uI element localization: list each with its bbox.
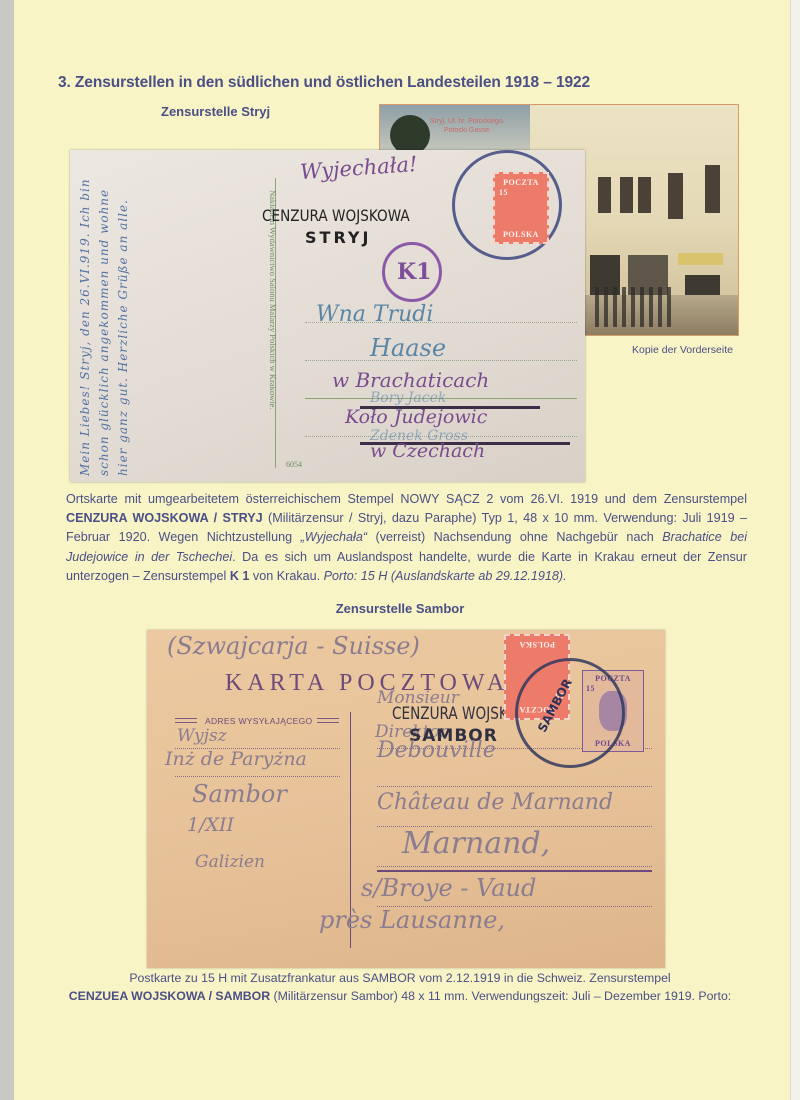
picture-caption-line: Potocki Gasse. bbox=[430, 126, 505, 135]
sender-line-1: Wyjsz bbox=[177, 726, 227, 746]
postcard-sambor: (Szwajcarja - Suisse) KARTA POCZTOWA ADR… bbox=[147, 630, 665, 968]
address-line-1: Wna Trudi bbox=[316, 302, 433, 327]
desc-text: von Krakau. bbox=[249, 569, 323, 583]
shop-sign bbox=[678, 253, 723, 265]
double-rule bbox=[317, 718, 339, 723]
sender-line-4: 1/XII bbox=[187, 814, 234, 836]
card-number: 6054 bbox=[286, 460, 302, 469]
picture-caption-line: Stryj. Ul. hr. Potockiego. bbox=[430, 117, 505, 126]
sender-line-2: Inż de Paryżna bbox=[165, 748, 307, 770]
scan-edge-right bbox=[790, 0, 800, 1100]
double-rule bbox=[175, 718, 197, 723]
censor-mark-k1: K1 bbox=[382, 242, 442, 302]
address-line-3: w Brachaticach bbox=[332, 368, 489, 392]
desc-line: CENZUEA WOJSKOWA / SAMBOR (Militärzensur… bbox=[60, 988, 740, 1006]
window bbox=[620, 177, 633, 213]
front-caption: Kopie der Vorderseite bbox=[632, 344, 733, 356]
address-line bbox=[377, 866, 652, 867]
sender-label: ADRES WYSYŁAJĄCEGO bbox=[205, 716, 312, 726]
desc-text: Ortskarte mit umgearbeitetem österreichi… bbox=[66, 492, 747, 506]
description-stryj: Ortskarte mit umgearbeitetem österreichi… bbox=[66, 490, 747, 586]
postage-stamp: POCZTA 15 POLSKA bbox=[493, 172, 549, 244]
postmark-sambor bbox=[515, 658, 625, 768]
address-line-5: w Czechach bbox=[370, 440, 485, 462]
card-title: KARTA POCZTOWA bbox=[225, 670, 509, 697]
publisher-imprint: Nakładem Wydawnictwo Salonu Malarzy Pols… bbox=[258, 190, 278, 460]
struck-text: Bory Jacek bbox=[370, 390, 446, 406]
address-line bbox=[377, 786, 652, 787]
page-title: 3. Zensurstellen in den südlichen und ös… bbox=[58, 74, 590, 92]
window bbox=[705, 165, 720, 213]
sender-line bbox=[175, 776, 340, 777]
section-heading-stryj: Zensurstelle Stryj bbox=[161, 104, 270, 119]
desc-text: Postkarte zu 15 H mit Zusatzfrankatur au… bbox=[60, 970, 740, 988]
stamp-bottom-text: POLSKA bbox=[506, 640, 568, 649]
description-sambor: Postkarte zu 15 H mit Zusatzfrankatur au… bbox=[60, 970, 740, 1005]
stamp-value: 15 bbox=[495, 188, 551, 197]
desc-italic: „Wyjechała“ bbox=[301, 530, 367, 544]
address-line-5: Marnand, bbox=[402, 826, 550, 861]
section-heading-sambor: Zensurstelle Sambor bbox=[0, 601, 800, 616]
censor-mark-text: K1 bbox=[397, 259, 431, 285]
picture-caption: Stryj. Ul. hr. Potockiego. Potocki Gasse… bbox=[430, 117, 505, 135]
crowd bbox=[595, 287, 675, 327]
handwritten-note: Wyjechała! bbox=[299, 152, 418, 184]
tree bbox=[390, 115, 430, 155]
address-line-6: s/Broye - Vaud bbox=[361, 874, 536, 902]
address-line-4: Château de Marnand bbox=[377, 790, 613, 815]
stamp-bottom-text: POLSKA bbox=[495, 230, 547, 239]
sender-line-5: Galizien bbox=[195, 852, 265, 872]
window bbox=[638, 177, 651, 213]
address-line-4: Koło Judejowic bbox=[345, 406, 487, 428]
censor-stamp-line1: CENZURA WOJSKOWA bbox=[262, 206, 410, 225]
desc-text: (Militärzensur Sambor) 48 x 11 mm. Verwe… bbox=[270, 989, 731, 1003]
address-line-3: Debouville bbox=[377, 738, 496, 763]
censor-stamp-line2: STRYJ bbox=[305, 228, 371, 247]
desc-italic: Porto: 15 H (Auslandskarte ab 29.12.1918… bbox=[324, 569, 567, 583]
desc-bold: CENZUEA WOJSKOWA / SAMBOR bbox=[69, 989, 270, 1003]
window bbox=[668, 173, 683, 219]
address-underline bbox=[377, 870, 652, 872]
desc-bold: CENZURA WOJSKOWA / STRYJ bbox=[66, 511, 263, 525]
postcard-stryj: Mein Liebes! Stryj, den 26.VI.919. Ich b… bbox=[70, 150, 585, 482]
stamp-top-text: POCZTA bbox=[495, 178, 547, 187]
desc-text: (verreist) Nachsendung ohne Nachgebür na… bbox=[367, 530, 662, 544]
window bbox=[598, 177, 611, 213]
scan-edge-left bbox=[0, 0, 14, 1100]
destination-note: (Szwajcarja - Suisse) bbox=[167, 632, 420, 660]
sender-line-3: Sambor bbox=[192, 780, 287, 808]
address-line-7: près Lausanne, bbox=[319, 906, 505, 934]
address-line-2: Haase bbox=[370, 334, 446, 362]
handwritten-message: Mein Liebes! Stryj, den 26.VI.919. Ich b… bbox=[76, 156, 256, 476]
desc-bold: K 1 bbox=[230, 569, 250, 583]
